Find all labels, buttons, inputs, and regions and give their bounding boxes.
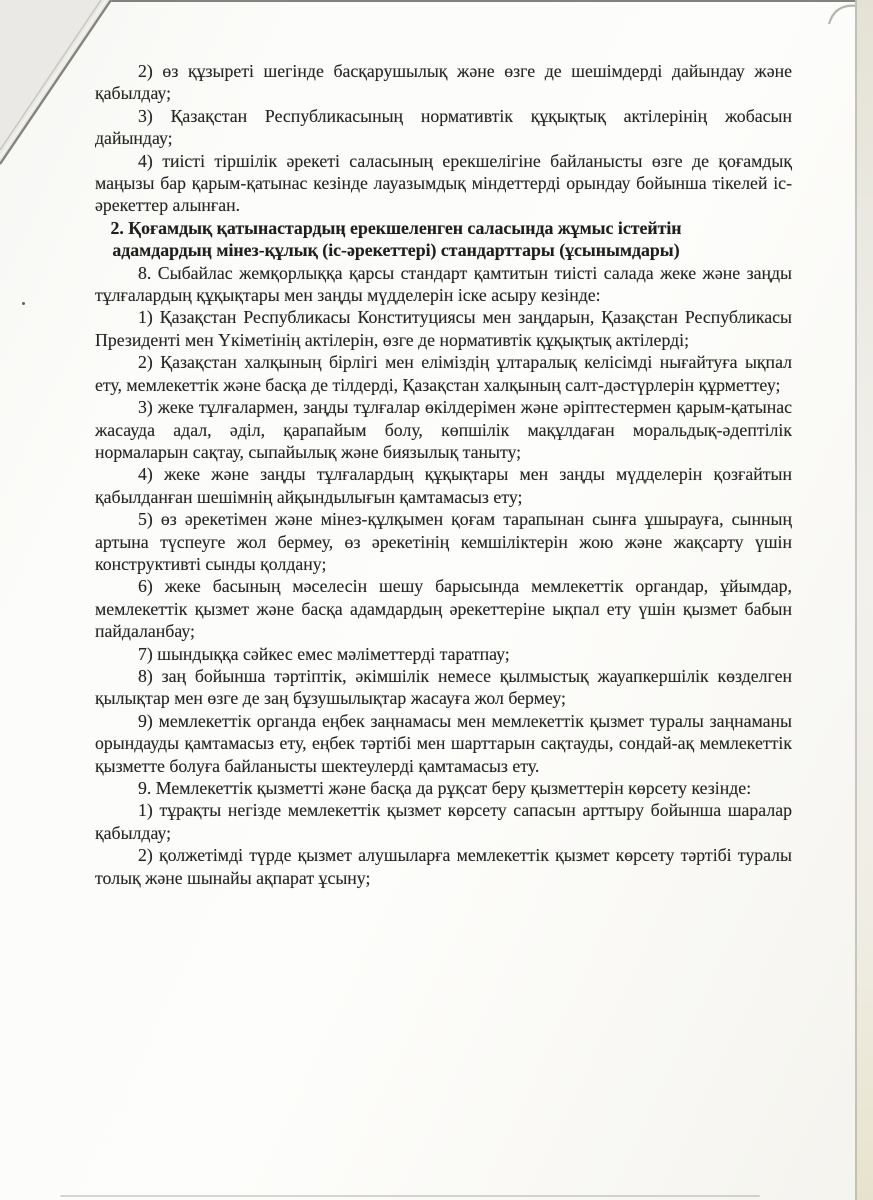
paragraph: 1) Қазақстан Республикасы Конституциясы … [95,306,792,351]
paragraph: 7) шындыққа сәйкес емес мәліметтерді тар… [95,643,792,665]
page-right-edge [855,0,873,1200]
document-text: 2) өз құзыреті шегінде басқарушылық және… [95,60,792,889]
paragraph: 9) мемлекеттік органда еңбек заңнамасы м… [95,710,792,777]
section-heading: 2. Қоғамдық қатынастардың ерекшеленген с… [95,217,697,262]
paragraph: 8. Сыбайлас жемқорлыққа қарсы стандарт қ… [95,262,792,307]
paragraph: 4) жеке және заңды тұлғалардың құқықтары… [95,463,792,508]
paragraph: 1) тұрақты негізде мемлекеттік қызмет кө… [95,799,792,844]
paragraph: 9. Мемлекеттік қызметті және басқа да рұ… [95,777,792,799]
paragraph: 6) жеке басының мәселесін шешу барысында… [95,575,792,642]
page-corner-curl [815,0,859,26]
paragraph: 2) өз құзыреті шегінде басқарушылық және… [95,60,792,105]
paragraph: 5) өз әрекетімен және мінез-құлқымен қоғ… [95,508,792,575]
paragraph: 2) Қазақстан халқының бірлігі мен еліміз… [95,351,792,396]
paragraph: 8) заң бойынша тәртіптік, әкімшілік неме… [95,665,792,710]
paragraph: 2) қолжетімді түрде қызмет алушыларға ме… [95,844,792,889]
scanned-document-page: 2) өз құзыреті шегінде басқарушылық және… [0,0,873,1200]
paragraph: 4) тиісті тіршілік әрекеті саласының ере… [95,150,792,217]
bottom-scan-line [60,1195,760,1197]
ink-speck [22,302,25,305]
paragraph: 3) жеке тұлғалармен, заңды тұлғалар өкіл… [95,396,792,463]
paragraph: 3) Қазақстан Республикасының нормативтік… [95,105,792,150]
